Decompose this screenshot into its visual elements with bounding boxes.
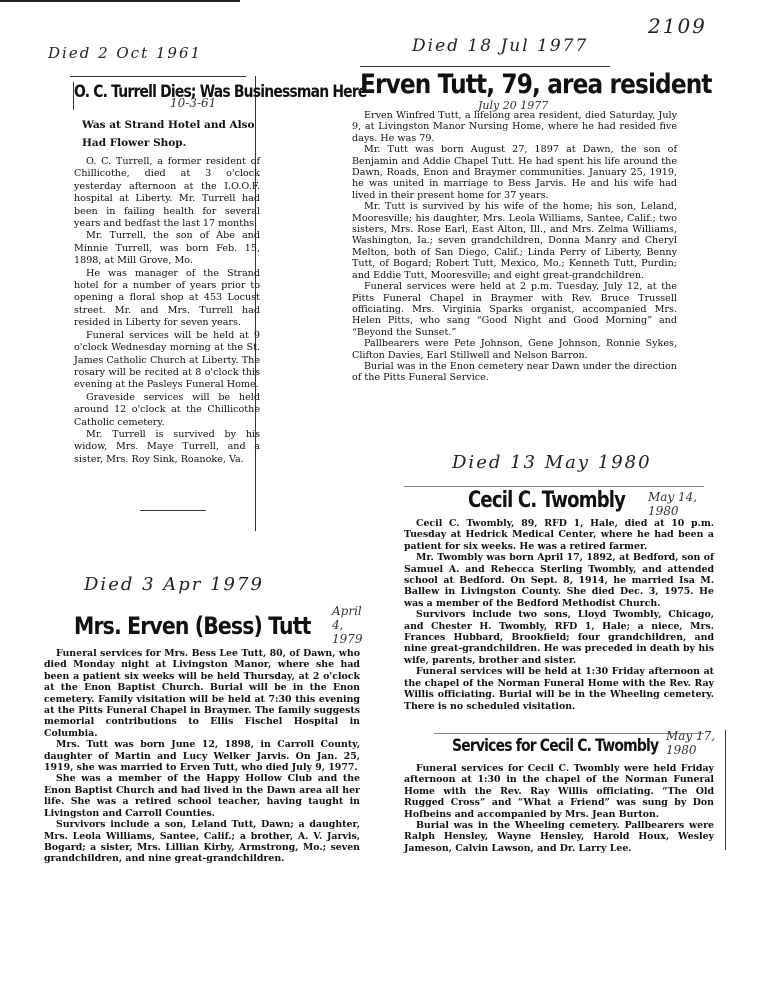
paragraph: Funeral services will be held at 1:30 Fr… [404,666,714,712]
article-body: Funeral services for Cecil C. Twombly we… [404,763,714,854]
clipping-bess-tutt: Mrs. Erven (Bess) Tutt April 4, 1979 Fun… [44,612,360,865]
paragraph: Mr. Tutt is survived by his wife of the … [352,201,677,281]
paragraph: Mrs. Tutt was born June 12, 1898, in Car… [44,739,360,773]
article-body: Erven Winfred Tutt, a lifelong area resi… [352,110,677,384]
paragraph: Pallbearers were Pete Johnson, Gene John… [352,338,677,361]
paragraph: Mr. Turrell, the son of Abe and Minnie T… [74,230,260,267]
clipping-cecil-twombly: Cecil C. Twombly May 14, 1980 Cecil C. T… [404,488,714,712]
death-note-turrell: Died 2 Oct 1961 [48,44,202,62]
end-rule [140,510,206,511]
paragraph: Funeral services were held at 2 p.m. Tue… [352,281,677,338]
subheadline: Was at Strand Hotel and Also Had Flower … [82,116,260,152]
paragraph: Graveside services will be held around 1… [74,392,260,429]
clipping-twombly-services: Services for Cecil C. Twombly May 17, 19… [404,735,714,854]
paragraph: O. C. Turrell, a former resident of Chil… [74,156,260,230]
paragraph: He was manager of the Strand hotel for a… [74,268,260,330]
clipping-border [725,730,726,850]
handwritten-date: July 20 1977 [478,100,548,111]
paragraph: Erven Winfred Tutt, a lifelong area resi… [352,110,677,144]
paragraph: Burial was in the Enon cemetery near Daw… [352,361,677,384]
paragraph: Survivors include a son, Leland Tutt, Da… [44,819,360,865]
paragraph: Funeral services for Cecil C. Twombly we… [404,763,714,820]
paragraph: Survivors include two sons, Lloyd Twombl… [404,609,714,666]
clipping-turrell: O. C. Turrell Dies; Was Businessman Here… [74,82,260,466]
paragraph: Mr. Tutt was born August 27, 1897 at Daw… [352,144,677,201]
headline: Erven Tutt, 79, area resident [360,70,687,100]
handwritten-date: 10-3-61 [170,98,356,106]
handwritten-date: May 17, 1980 [666,729,716,757]
death-note-bess-tutt: Died 3 Apr 1979 [84,574,264,595]
divider [434,733,704,734]
death-note-cecil-twombly: Died 13 May 1980 [452,452,652,473]
paragraph: Funeral services for Mrs. Bess Lee Tutt,… [44,648,360,739]
death-note-erven-tutt: Died 18 Jul 1977 [412,36,588,56]
divider [404,486,704,487]
scan-edge-line [0,0,240,2]
handwritten-date: April 4, 1979 [332,604,376,646]
clipping-erven-tutt: Erven Tutt, 79, area resident July 20 19… [352,70,677,384]
article-body: O. C. Turrell, a former resident of Chil… [74,156,260,466]
page-number: 2109 [648,14,707,38]
divider [70,76,246,77]
paragraph: She was a member of the Happy Hollow Clu… [44,773,360,819]
paragraph: Cecil C. Twombly, 89, RFD 1, Hale, died … [404,518,714,552]
paragraph: Mr. Twombly was born April 17, 1892, at … [404,552,714,609]
article-body: Cecil C. Twombly, 89, RFD 1, Hale, died … [404,518,714,712]
article-body: Funeral services for Mrs. Bess Lee Tutt,… [44,648,360,865]
paragraph: Funeral services will be held at 9 o'clo… [74,330,260,392]
paragraph: Mr. Turrell is survived by his widow, Mr… [74,429,260,466]
divider [360,66,610,67]
paragraph: Burial was in the Wheeling cemetery. Pal… [404,820,714,854]
headline: Mrs. Erven (Bess) Tutt [74,612,363,640]
handwritten-date: May 14, 1980 [648,490,708,518]
